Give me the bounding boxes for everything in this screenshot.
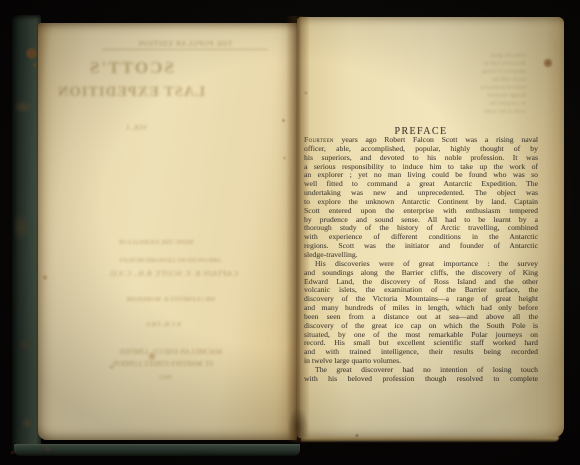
showthrough-illegible-line: to complete his [420,100,526,108]
preface-line: and many hundreds of miles in length, wh… [304,304,538,313]
foxing-spot [26,47,37,60]
showthrough-illegible-line: discoverer had no [420,60,526,68]
preface-line: by prudence and sound sense. All had to … [304,216,538,225]
foxing-spot [108,364,115,370]
preface-line: The great discoverer had no intention of… [304,366,538,375]
wear-mark [10,450,15,455]
preface-line: discovery of the great ice cap on which … [304,322,538,331]
preface-line: Fourteen years ago Robert Falcon Scott w… [304,136,538,145]
page-bottom-edges-right [301,437,559,442]
foxing-spot [32,62,38,68]
showthrough-subtitle-line: CAPTAIN R. F. SCOTT, R.N., C.V.O. [88,269,258,278]
showthrough-subtitle-line: SIR CLEMENTS R. MARKHAM [116,296,226,303]
preface-line: record. His small but excellent scientif… [304,339,538,348]
preface-line: officer, able, accomplished, popular, hi… [304,145,538,154]
preface-line: well fitted to command a great Antarctic… [304,180,538,189]
preface-line: and soundings along the Barrier cliffs, … [304,269,538,278]
foxing-spot [42,274,48,281]
preface-line: his superiors, and devoted to his noble … [304,154,538,163]
foxing-spot [355,434,359,437]
preface-line: an explorer ; yet no man living could be… [304,171,538,180]
page-bottom-edges-left [40,439,296,444]
preface-line: undertaking was new and unprecedented. T… [304,189,538,198]
showthrough-illegible-line: work in the south [420,108,526,116]
book-cover-bottom-edge [14,444,300,456]
preface-line: a serious responsibility to induce him t… [304,163,538,172]
preface-line: His discoveries were of great importance… [304,260,538,269]
preface-line: regions. Scott was the initiator and fou… [304,242,538,251]
preface-line: in twelve large quarto volumes. [304,357,538,366]
preface-line: and with trained intelligence, their res… [304,348,538,357]
foxing-spot [543,58,553,68]
showthrough-title-line-2: LAST EXPEDITION [38,84,224,101]
preface-line: to explore the unknown Antarctic Contine… [304,198,538,207]
preface-line: situated, by one of the most remarkable … [304,331,538,340]
preface-line: thorough study of the history of Arctic … [304,224,538,233]
showthrough-illegible-line: intention of losing [420,68,526,76]
showthrough-imprint-line: 1913 [150,374,182,381]
right-page-showthrough: when the greatdiscoverer had nointention… [420,52,526,116]
preface-line: discovery of the Victoria Mountains—a ra… [304,295,538,304]
book-cover-spine [12,15,41,453]
showthrough-subtitle-line: VOL. I. [105,124,167,132]
preface-line: sledge-travelling. [304,251,538,260]
preface-body: Fourteen years ago Robert Falcon Scott w… [304,136,538,384]
preface-line: Scott entered upon the enterprise with e… [304,207,538,216]
photo-background: THE POPULAR EDITION SCOTT'S LAST EXPEDIT… [0,0,580,465]
foxing-spot [304,91,308,95]
showthrough-imprint-line: MACMILLAN AND CO., LIMITED [112,349,230,356]
preface-line: volcanic islets, the examination of the … [304,286,538,295]
foxing-spot [147,352,157,361]
showthrough-illegible-line: when the great [420,52,526,60]
showthrough-subtitle-line: K.C.B., F.R.S. [134,321,192,328]
preface-line: been seen from a distance out at sea—and… [304,313,538,322]
foxing-spot [283,156,286,160]
showthrough-illegible-line: beloved profession [420,84,526,92]
showthrough-illegible-line: though resolved [420,92,526,100]
wear-mark [43,445,52,451]
showthrough-subtitle-line: BEING THE JOURNALS OF [112,239,200,246]
preface-line: with his beloved profession though resol… [304,375,538,384]
showthrough-series-line: THE POPULAR EDITION [102,39,268,50]
preface-line: with experience of different conditions … [304,233,538,242]
showthrough-title-line-1: SCOTT'S [55,58,207,78]
showthrough-subtitle-line: ARRANGED BY LEONARD HUXLEY [118,257,222,264]
showthrough-imprint-line: ST. MARTIN'S STREET, LONDON [104,361,222,368]
showthrough-illegible-line: touch with his [420,76,526,84]
gutter-bottom-shadow [283,398,313,446]
lead-word-small-caps: Fourteen [304,136,334,144]
preface-line: Edward Land, the discovery of Ross Islan… [304,278,538,287]
foxing-spot [282,118,285,123]
